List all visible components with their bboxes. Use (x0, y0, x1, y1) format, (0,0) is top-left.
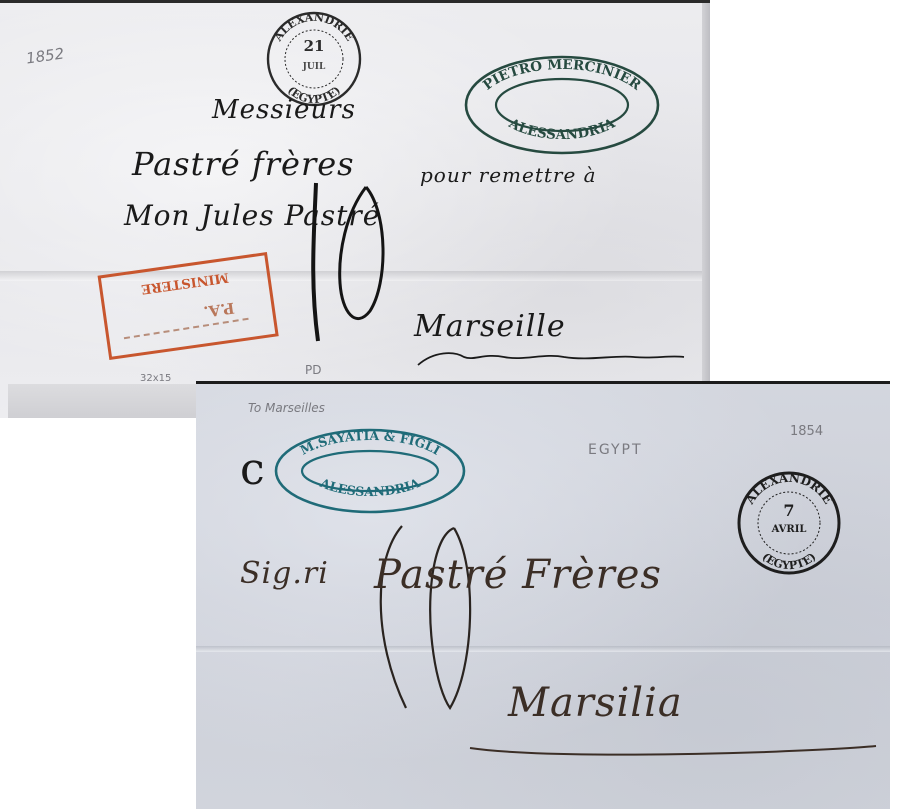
pencil-year: 1854 (790, 424, 823, 439)
address-city: Marseille (414, 309, 566, 344)
svg-text:PIETRO MERCINIER: PIETRO MERCINIER (480, 57, 644, 94)
svg-text:ALESSANDRIA: ALESSANDRIA (317, 475, 422, 499)
city-underline-flourish (414, 347, 694, 371)
postmark-alexandrie-1854: ALEXANDRIE (EGYPTE) 7 AVRIL (732, 466, 846, 580)
cover-1854: To Marseilles EGYPT 1854 c M.SAYATIA & F… (196, 381, 890, 809)
paper-edge (702, 3, 710, 383)
cover-1852: 1852 ALEXANDRIE (EGYPTE) 21 JUIL PIETRO … (0, 0, 710, 418)
pencil-note-dimensions: 32x15 (140, 373, 171, 384)
address-addressee: Pastré Frères (374, 552, 662, 598)
manuscript-mark: c (240, 444, 266, 495)
address-city: Marsilia (508, 680, 683, 726)
pencil-note-country: EGYPT (588, 442, 643, 458)
pencil-note-destination: To Marseilles (248, 401, 325, 415)
address-salutation: Messieurs (212, 95, 356, 125)
svg-text:21: 21 (304, 37, 325, 55)
svg-text:ALESSANDRIA: ALESSANDRIA (505, 115, 618, 143)
pencil-year: 1852 (25, 44, 65, 67)
address-salutation: Sig.ri (240, 556, 329, 591)
charge-mark-10 (296, 173, 396, 353)
svg-text:MINISTERE: MINISTERE (140, 269, 229, 296)
cover-1-lower-edge (8, 384, 198, 418)
red-box-cachet: MINISTERE P.A. (98, 245, 278, 365)
svg-text:7: 7 (783, 501, 794, 520)
svg-text:AVRIL: AVRIL (771, 524, 807, 535)
forwarder-cachet-mercinier: PIETRO MERCINIER ALESSANDRIA (462, 53, 662, 157)
svg-text:M.SAYATIA & FIGLI: M.SAYATIA & FIGLI (298, 428, 443, 458)
city-underline (466, 742, 886, 762)
fold-crease (196, 646, 890, 652)
pencil-note-pd: PD (305, 363, 321, 377)
forwarder-cachet-sayatia: M.SAYATIA & FIGLI ALESSANDRIA (272, 426, 468, 516)
svg-text:JUIL: JUIL (302, 62, 326, 72)
svg-text:P.A.: P.A. (202, 299, 235, 321)
address-forward-note: pour remettre à (420, 163, 597, 187)
charge-mark-10 (366, 518, 486, 718)
